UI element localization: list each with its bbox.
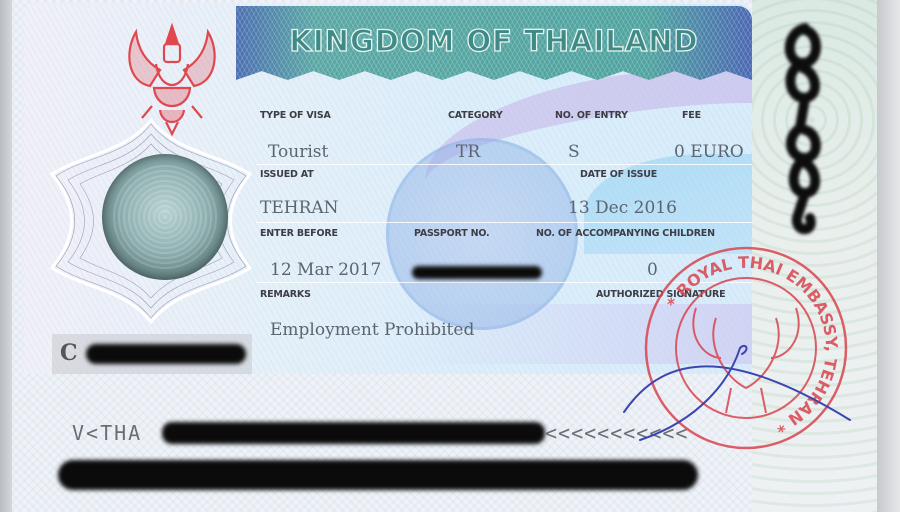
issued-at-value: TEHRAN — [260, 198, 339, 218]
garuda-emblem-icon — [116, 22, 228, 140]
passport-right-edge — [877, 0, 900, 512]
enter-before-label: ENTER BEFORE — [260, 228, 338, 239]
date-of-issue-value: 13 Dec 2016 — [568, 198, 677, 218]
field-separator — [256, 222, 752, 223]
remarks-label: REMARKS — [260, 289, 311, 300]
enter-before-value: 12 Mar 2017 — [270, 260, 381, 280]
no-of-entry-label: NO. OF ENTRY — [555, 110, 628, 121]
authorized-signature-mark — [600, 320, 880, 450]
issued-at-label: ISSUED AT — [260, 169, 313, 180]
visa-number-prefix: C — [60, 340, 78, 366]
fee-label: FEE — [682, 110, 701, 121]
hologram-seal — [102, 154, 228, 280]
no-of-entry-value: S — [568, 142, 580, 162]
redacted-handwriting — [775, 18, 835, 243]
passport-left-edge — [0, 0, 12, 512]
category-label: CATEGORY — [448, 110, 503, 121]
visa-number-redaction — [86, 344, 246, 364]
passport-no-label: PASSPORT NO. — [414, 228, 489, 239]
field-separator — [256, 164, 752, 165]
type-of-visa-label: TYPE OF VISA — [260, 110, 331, 121]
title-banner: KINGDOM OF THAILAND — [236, 6, 752, 80]
fee-value: 0 EURO — [674, 142, 744, 162]
date-of-issue-label: DATE OF ISSUE — [580, 169, 657, 180]
type-of-visa-value: Tourist — [268, 142, 328, 162]
mrz-line-1-redaction — [162, 422, 545, 444]
document-title: KINGDOM OF THAILAND — [236, 24, 752, 58]
remarks-value: Employment Prohibited — [270, 320, 474, 340]
mrz-line-1-prefix: V<THA — [72, 421, 142, 445]
mrz-line-2-redaction — [58, 460, 698, 490]
category-value: TR — [456, 142, 480, 162]
passport-no-redaction — [412, 266, 542, 279]
